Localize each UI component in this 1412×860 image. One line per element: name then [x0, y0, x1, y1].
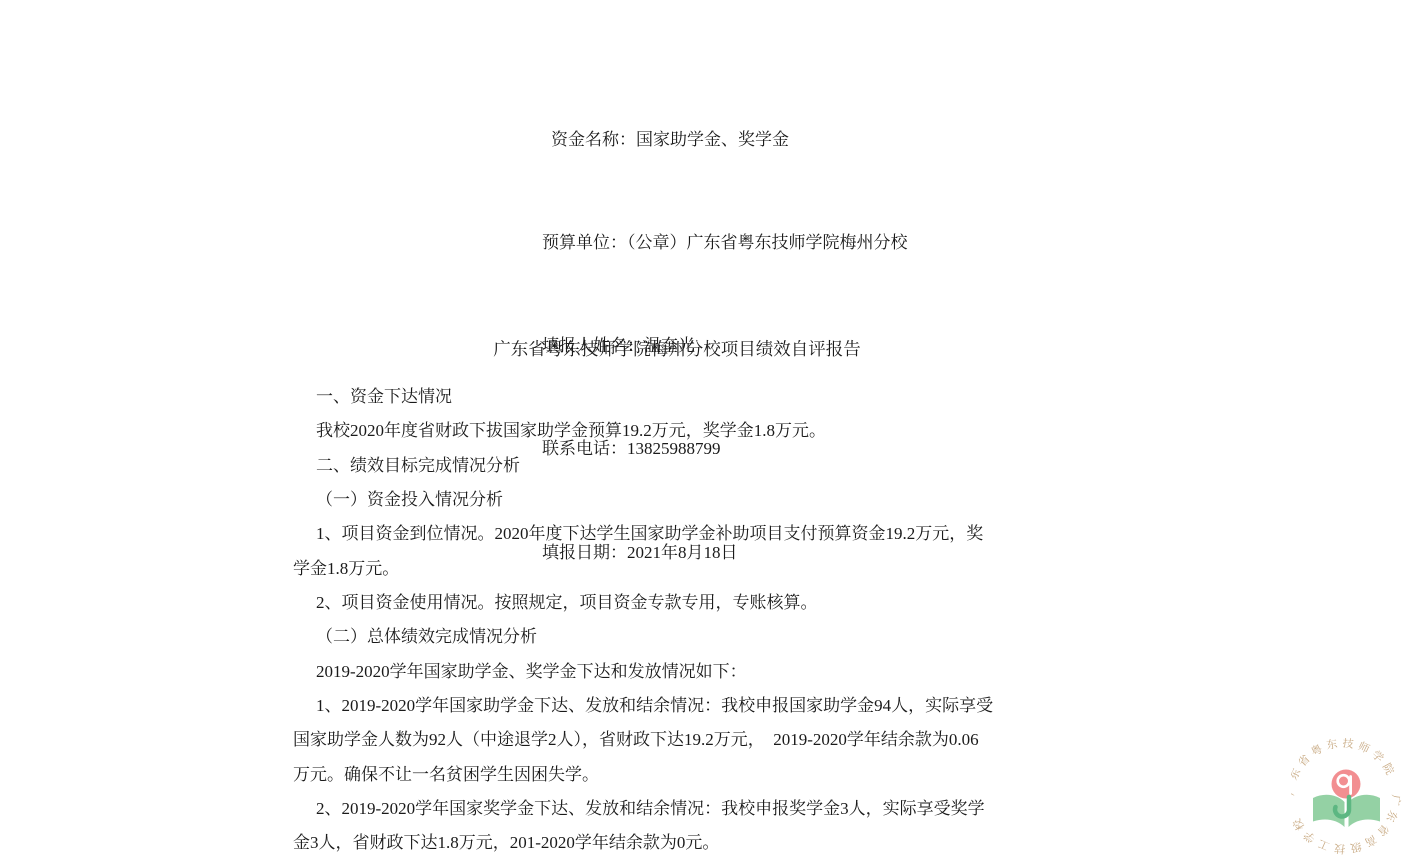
funds-arrival-line-1: 1、项目资金到位情况。2020年度下达学生国家助学金补助项目支付预算资金19.2…	[293, 517, 1173, 551]
section-1-heading: 一、资金下达情况	[293, 380, 1173, 414]
scholarship-detail-line-1: 2、2019-2020学年国家奖学金下达、发放和结余情况：我校申报奖学金3人，实…	[293, 792, 1173, 826]
school-logo-stamp: 广东省粤东技师学院 广东省高级技工学校	[1291, 738, 1403, 860]
section-2-heading: 二、绩效目标完成情况分析	[293, 449, 1173, 483]
scholarship-detail-line-2: 金3人，省财政下达1.8万元，201-2020学年结余款为0元。	[293, 826, 1173, 860]
report-body: 一、资金下达情况 我校2020年度省财政下拔国家助学金预算19.2万元，奖学金1…	[293, 380, 1173, 860]
logo-book-right-page	[1349, 795, 1381, 827]
grant-detail-line-3: 万元。确保不让一名贫困学生因困失学。	[293, 758, 1173, 792]
budget-unit-line: 预算单位：（公章）广东省粤东技师学院梅州分校	[542, 226, 908, 260]
distribution-intro-line: 2019-2020学年国家助学金、奖学金下达和发放情况如下：	[293, 655, 1173, 689]
section-1-paragraph: 我校2020年度省财政下拔国家助学金预算19.2万元，奖学金1.8万元。	[293, 414, 1173, 448]
logo-sun-circle	[1332, 770, 1361, 799]
funds-arrival-line-2: 学金1.8万元。	[293, 552, 1173, 586]
report-document-page: 资金名称：国家助学金、奖学金 预算单位：（公章）广东省粤东技师学院梅州分校 填报…	[0, 0, 1412, 860]
section-2-1-heading: （一）资金投入情况分析	[293, 483, 1173, 517]
report-title: 广东省粤东技师学院梅州分校项目绩效自评报告	[293, 336, 1061, 361]
section-2-2-heading: （二）总体绩效完成情况分析	[293, 620, 1173, 654]
grant-detail-line-2: 国家助学金人数为92人（中途退学2人），省财政下达19.2万元， 2019-20…	[293, 723, 1173, 757]
grant-detail-line-1: 1、2019-2020学年国家助学金下达、发放和结余情况：我校申报国家助学金94…	[293, 689, 1173, 723]
logo-book-left-page	[1313, 795, 1345, 827]
fund-name-line: 资金名称：国家助学金、奖学金	[542, 123, 908, 157]
funds-usage-line: 2、项目资金使用情况。按照规定，项目资金专款专用，专账核算。	[293, 586, 1173, 620]
